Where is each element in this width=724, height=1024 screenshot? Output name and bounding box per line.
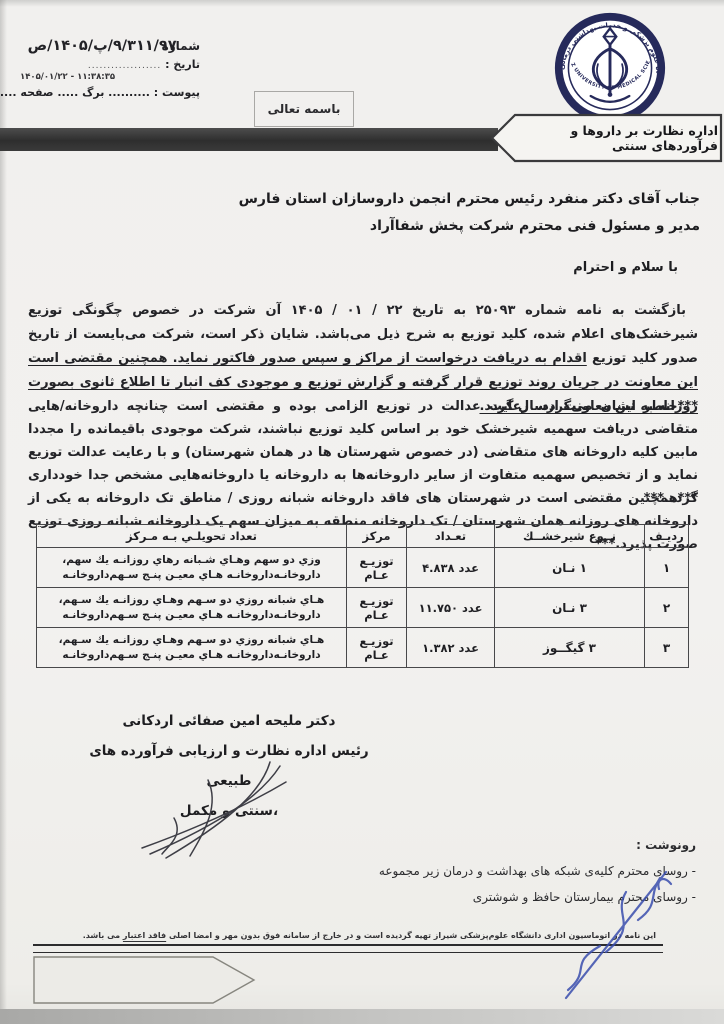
cell-delivery: هـاي شبانه روزي دو سـهم وهـاي روزانـه يك…: [37, 588, 347, 628]
cell-formula-type: ۳ نـان: [495, 588, 645, 628]
distribution-table: ردیـف نــوع شیرخشــك تعـداد مرکز تعداد ت…: [36, 524, 689, 668]
disclaimer-invalid-phrase: فاقد اعتبار: [123, 931, 166, 940]
date-label: تاریخ :: [165, 58, 200, 71]
cell-quantity: عدد ۱.۳۸۲: [407, 628, 495, 668]
table-row: ۱ ۱ نـان عدد ۴.۸۳۸ توزیـع عـام وزي دو سه…: [37, 548, 689, 588]
table-row: ۲ ۳ نـان عدد ۱۱.۷۵۰ توزیـع عـام هـاي شبا…: [37, 588, 689, 628]
cell-formula-type: ۳ گیگــوز: [495, 628, 645, 668]
handwritten-pen-marks: [508, 868, 678, 1008]
recipient-line-2: مدیر و مسئول فنی محترم شرکت پخش شفاآراد: [239, 213, 700, 240]
header-formula-type: نــوع شیرخشــك: [495, 525, 645, 548]
cell-center: توزیـع عـام: [347, 628, 407, 668]
signature-scribble: [112, 760, 297, 870]
header-quantity: تعـداد: [407, 525, 495, 548]
scanned-official-letter: شماره ۹/۳۱۱/۹۷/پ/۱۴۰۵/ص تاریخ : ........…: [0, 0, 724, 1024]
title-banner-bar: [0, 128, 498, 151]
university-logo-icon: دانشگاه علوم پزشکی و خدمات بهداشتی درمان…: [552, 10, 668, 126]
letter-number-line: شماره ۹/۳۱۱/۹۷/پ/۱۴۰۵/ص: [14, 38, 200, 54]
recipient-block: جناب آقای دکتر منفرد رئیس محترم انجمن دا…: [239, 186, 700, 240]
cc-label: رونوشت :: [379, 832, 696, 858]
cell-row-number: ۳: [645, 628, 689, 668]
date-dots: ...................: [88, 61, 161, 71]
cell-row-number: ۲: [645, 588, 689, 628]
cell-quantity: عدد ۴.۸۳۸: [407, 548, 495, 588]
date-line: تاریخ : ...................: [14, 58, 200, 71]
disclaimer-text-end: می باشد.: [83, 931, 123, 940]
table-row: ۳ ۳ گیگــوز عدد ۱.۳۸۲ توزیـع عـام هـاي ش…: [37, 628, 689, 668]
office-title: اداره نظارت بر داروها و فرآوردهای سنتی: [500, 112, 718, 164]
cell-center: توزیـع عـام: [347, 588, 407, 628]
salutation: با سلام و احترام: [573, 260, 678, 275]
cell-formula-type: ۱ نـان: [495, 548, 645, 588]
scan-edge-shadow: [0, 0, 7, 1024]
date-time-stamp: ۱۴۰۵/۰۱/۲۲ - ۱۱:۳۸:۳۵: [14, 72, 200, 82]
cell-delivery: هـاي شبانه روزي دو سـهم وهـاي روزانـه يك…: [37, 628, 347, 668]
attachment-line: پیوست : .......... برگ ..... صفحه ......: [14, 86, 200, 99]
letter-reference-block: شماره ۹/۳۱۱/۹۷/پ/۱۴۰۵/ص تاریخ : ........…: [14, 38, 200, 99]
cell-row-number: ۱: [645, 548, 689, 588]
number-value: ۹/۳۱۱/۹۷/پ/۱۴۰۵/ص: [28, 38, 177, 54]
cell-center: توزیـع عـام: [347, 548, 407, 588]
signer-name: دکتر ملیحه امین صفائی اردکانی: [78, 706, 380, 736]
cell-delivery: وزي دو سهم وهـاي شـبانه رهاي روزانـه يك …: [37, 548, 347, 588]
scan-bottom-band: [0, 1009, 724, 1024]
recipient-line-1: جناب آقای دکتر منفرد رئیس محترم انجمن دا…: [239, 186, 700, 213]
header-center: مرکز: [347, 525, 407, 548]
header-delivered-to-center: تعداد تحویلـي بـه مـرکز: [37, 525, 347, 548]
header-row-number: ردیـف: [645, 525, 689, 548]
cell-quantity: عدد ۱۱.۷۵۰: [407, 588, 495, 628]
besmele-box: باسمه تعالی: [254, 91, 354, 127]
table-header-row: ردیـف نــوع شیرخشــك تعـداد مرکز تعداد ت…: [37, 525, 689, 548]
footer-stamp-box: [33, 956, 257, 1004]
